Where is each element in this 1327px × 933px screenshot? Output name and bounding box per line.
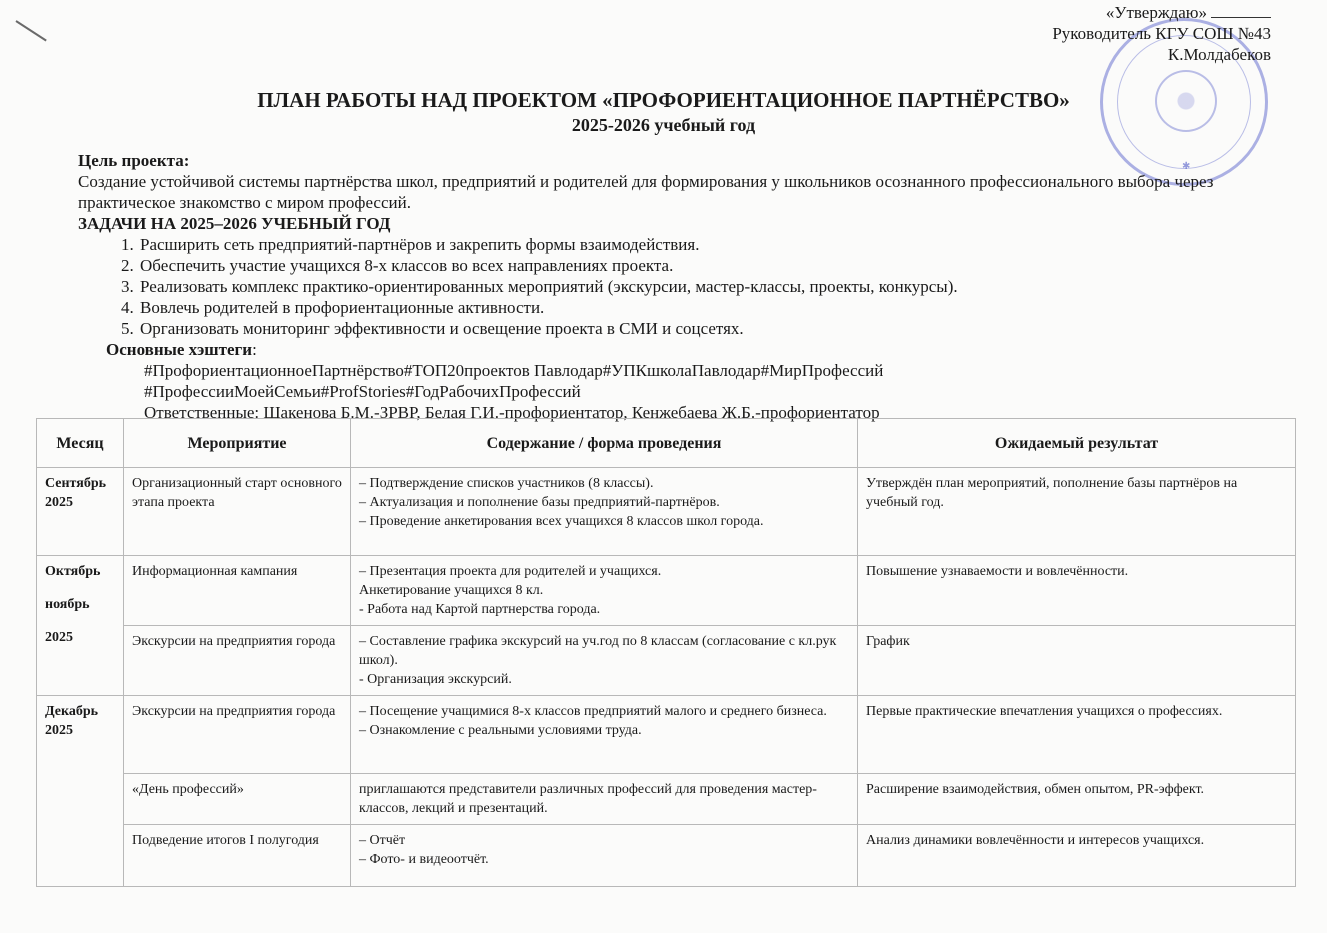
cell-result: Первые практические впечатления учащихся… [858,696,1296,774]
content-line: приглашаются представители различных про… [359,780,849,818]
hashtags-line-1: #ПрофориентационноеПартнёрство#ТОП20прое… [144,360,1278,381]
approval-line-1: «Утверждаю» [1052,2,1271,23]
content-line: – Составление графика экскурсий на уч.го… [359,632,849,670]
cell-result: График [858,626,1296,696]
page-subtitle: 2025-2026 учебный год [0,114,1327,136]
table-header-row: Месяц Мероприятие Содержание / форма про… [37,419,1296,468]
month-label: Сентябрь [45,474,115,493]
table-row: Декабрь2025Экскурсии на предприятия горо… [37,696,1296,774]
cell-result: Утверждён план мероприятий, пополнение б… [858,468,1296,556]
cell-month: Сентябрь2025 [37,468,124,556]
content-line: – Презентация проекта для родителей и уч… [359,562,849,581]
approval-line-3: К.Молдабеков [1052,44,1271,65]
cell-content: – Презентация проекта для родителей и уч… [351,556,858,626]
content-line: – Подтверждение списков участников (8 кл… [359,474,849,493]
task-item: Обеспечить участие учащихся 8-х классов … [138,255,1278,276]
content-line: – Ознакомление с реальными условиями тру… [359,721,849,740]
table-row: «День профессий»приглашаются представите… [37,774,1296,825]
month-label: ноябрь [45,595,115,614]
approval-block: «Утверждаю» Руководитель КГУ СОШ №43 К.М… [1052,2,1271,65]
content-line: Анкетирование учащихся 8 кл. [359,581,849,600]
table-row: Сентябрь2025Организационный старт основн… [37,468,1296,556]
hashtags-line-2: #ПрофессииМоейСемьи#ProfStories#ГодРабоч… [144,381,1278,402]
month-label: Декабрь [45,702,115,721]
cell-result: Повышение узнаваемости и вовлечённости. [858,556,1296,626]
approval-line-2: Руководитель КГУ СОШ №43 [1052,23,1271,44]
month-label: 2025 [45,628,115,647]
tasks-list: Расширить сеть предприятий-партнёров и з… [98,234,1278,339]
header-content: Содержание / форма проведения [351,419,858,468]
cell-event: Экскурсии на предприятия города [124,696,351,774]
month-label: 2025 [45,493,115,512]
content-line: – Фото- и видеоотчёт. [359,850,849,869]
goal-heading: Цель проекта: [78,150,1278,171]
cell-event: «День профессий» [124,774,351,825]
hashtags-heading: Основные хэштеги [106,340,252,359]
header-month: Месяц [37,419,124,468]
task-item: Вовлечь родителей в профориентационные а… [138,297,1278,318]
page-title: ПЛАН РАБОТЫ НАД ПРОЕКТОМ «ПРОФОРИЕНТАЦИО… [0,88,1327,112]
month-label: Октябрь [45,562,115,581]
tasks-heading: ЗАДАЧИ НА 2025–2026 УЧЕБНЫЙ ГОД [78,213,1278,234]
scan-mark [15,20,46,41]
cell-event: Организационный старт основного этапа пр… [124,468,351,556]
content-line: – Актуализация и пополнение базы предпри… [359,493,849,512]
plan-table: Месяц Мероприятие Содержание / форма про… [36,418,1296,887]
intro-section: Цель проекта: Создание устойчивой систем… [78,150,1278,423]
hashtags-block: Основные хэштеги: #ПрофориентационноеПар… [106,339,1278,423]
cell-content: – Подтверждение списков участников (8 кл… [351,468,858,556]
table-row: Экскурсии на предприятия города– Составл… [37,626,1296,696]
header-event: Мероприятие [124,419,351,468]
header-result: Ожидаемый результат [858,419,1296,468]
content-line: – Отчёт [359,831,849,850]
task-item: Расширить сеть предприятий-партнёров и з… [138,234,1278,255]
content-line: – Проведение анкетирования всех учащихся… [359,512,849,531]
cell-result: Анализ динамики вовлечённости и интересо… [858,825,1296,887]
cell-content: – Посещение учащимися 8-х классов предпр… [351,696,858,774]
cell-content: – Составление графика экскурсий на уч.го… [351,626,858,696]
cell-month: Октябрьноябрь2025 [37,556,124,696]
cell-content: – Отчёт– Фото- и видеоотчёт. [351,825,858,887]
cell-result: Расширение взаимодействия, обмен опытом,… [858,774,1296,825]
table-row: Октябрьноябрь2025Информационная кампания… [37,556,1296,626]
cell-month: Декабрь2025 [37,696,124,887]
task-item: Реализовать комплекс практико-ориентиров… [138,276,1278,297]
month-label: 2025 [45,721,115,740]
task-item: Организовать мониторинг эффективности и … [138,318,1278,339]
signature [1211,17,1271,18]
cell-content: приглашаются представители различных про… [351,774,858,825]
cell-event: Информационная кампания [124,556,351,626]
goal-text: Создание устойчивой системы партнёрства … [78,171,1278,213]
table-row: Подведение итогов I полугодия– Отчёт– Фо… [37,825,1296,887]
content-line: - Организация экскурсий. [359,670,849,689]
content-line: - Работа над Картой партнерства города. [359,600,849,619]
cell-event: Подведение итогов I полугодия [124,825,351,887]
content-line: – Посещение учащимися 8-х классов предпр… [359,702,849,721]
cell-event: Экскурсии на предприятия города [124,626,351,696]
